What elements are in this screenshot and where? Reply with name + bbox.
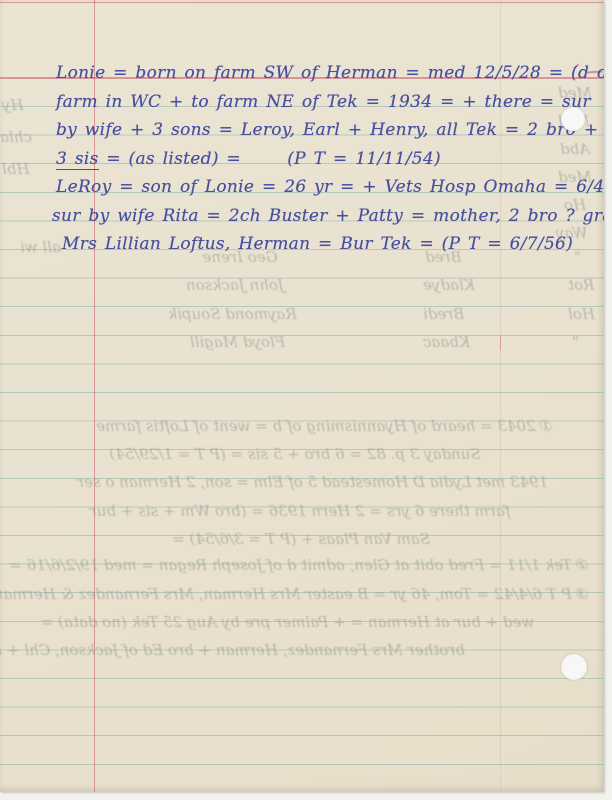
bleedthrough-line: ③ P T 6/4/42 = Tom, 46 yr = B easter Mrs… <box>30 585 590 603</box>
bleedthrough-name: Raymond Soupik <box>140 305 325 323</box>
handwriting-line-2: farm in WC + to farm NE of Tek = 1934 = … <box>56 92 591 112</box>
bleedthrough-line: 1943 met Lydia D Homestead 5 of Elm = so… <box>40 473 585 491</box>
bleedthrough-mark: Hol <box>568 305 595 323</box>
bleedthrough-word: Bredi <box>423 305 464 323</box>
hole-punch-bottom <box>561 654 587 680</box>
bleedthrough-name: John Jackson <box>150 276 320 294</box>
left-margin-line <box>94 0 95 792</box>
bleedthrough-line: wed + bur at Herman = + Palmer pre by Au… <box>35 613 540 631</box>
top-margin-line <box>0 2 604 3</box>
bleedthrough-text: Hy <box>2 96 24 114</box>
handwriting-line-7: Mrs Lillian Loftus, Herman = Bur Tek = (… <box>62 234 573 254</box>
bleedthrough-word: Kladye <box>423 276 475 294</box>
bleed-margin-tick <box>500 336 501 351</box>
hole-punch-top <box>561 107 585 131</box>
bleedthrough-mark: Rot <box>568 276 594 294</box>
handwriting-line-5: LeRoy = son of Lonie = 26 yr = + Vets Ho… <box>56 177 604 197</box>
bleedthrough-line: Sunday 3 p. 82 = 6 bro + 5 sis = (P T = … <box>45 445 545 463</box>
handwriting-line-6: sur by wife Rita = 2ch Buster + Patty = … <box>52 206 604 226</box>
scanner-background: Med Ned Abd Med Ho Way Hy chla Hbl all w… <box>0 0 612 800</box>
handwriting-line-4-rest: = (as listed) = (P T = 11/11/54) <box>99 149 441 169</box>
bleedthrough-line: ② Tek 1/11 = Fred obit at Glen, admit d … <box>35 556 590 574</box>
underlined-phrase: 3 sis <box>56 149 99 170</box>
scanned-notebook-page: Med Ned Abd Med Ho Way Hy chla Hbl all w… <box>0 0 604 792</box>
bleedthrough-mark: " <box>572 333 579 351</box>
bleedthrough-line: ① 2043 = heard of Hyannisming of b = wen… <box>60 417 590 435</box>
bleedthrough-word: Kbaac <box>423 333 470 351</box>
bleedthrough-line: Sam Van Plaas + (P T = 3/6/54) = <box>200 530 430 548</box>
handwriting-line-1: Lonie = born on farm SW of Herman = med … <box>56 63 604 83</box>
bleedthrough-text: chla <box>0 128 32 146</box>
handwriting-line-4: 3 sis = (as listed) = (P T = 11/11/54) <box>56 149 441 169</box>
bleedthrough-text: Abd <box>560 140 590 158</box>
handwriting-line-3: by wife + 3 sons = Leroy, Earl + Henry, … <box>56 120 598 140</box>
bleedthrough-text: all wi <box>20 238 61 256</box>
bleedthrough-line: brother Mrs Fernandez, Herman + bro Ed o… <box>35 641 465 659</box>
bleedthrough-text: Hbl <box>2 160 29 178</box>
bleedthrough-name: Floyd Magill <box>155 333 320 351</box>
bleedthrough-mark: " <box>574 248 581 266</box>
bleedthrough-line: farm there 6 yrs = 2 Hern 1936 = (bro Wm… <box>40 502 560 520</box>
paper-crease <box>500 0 501 792</box>
